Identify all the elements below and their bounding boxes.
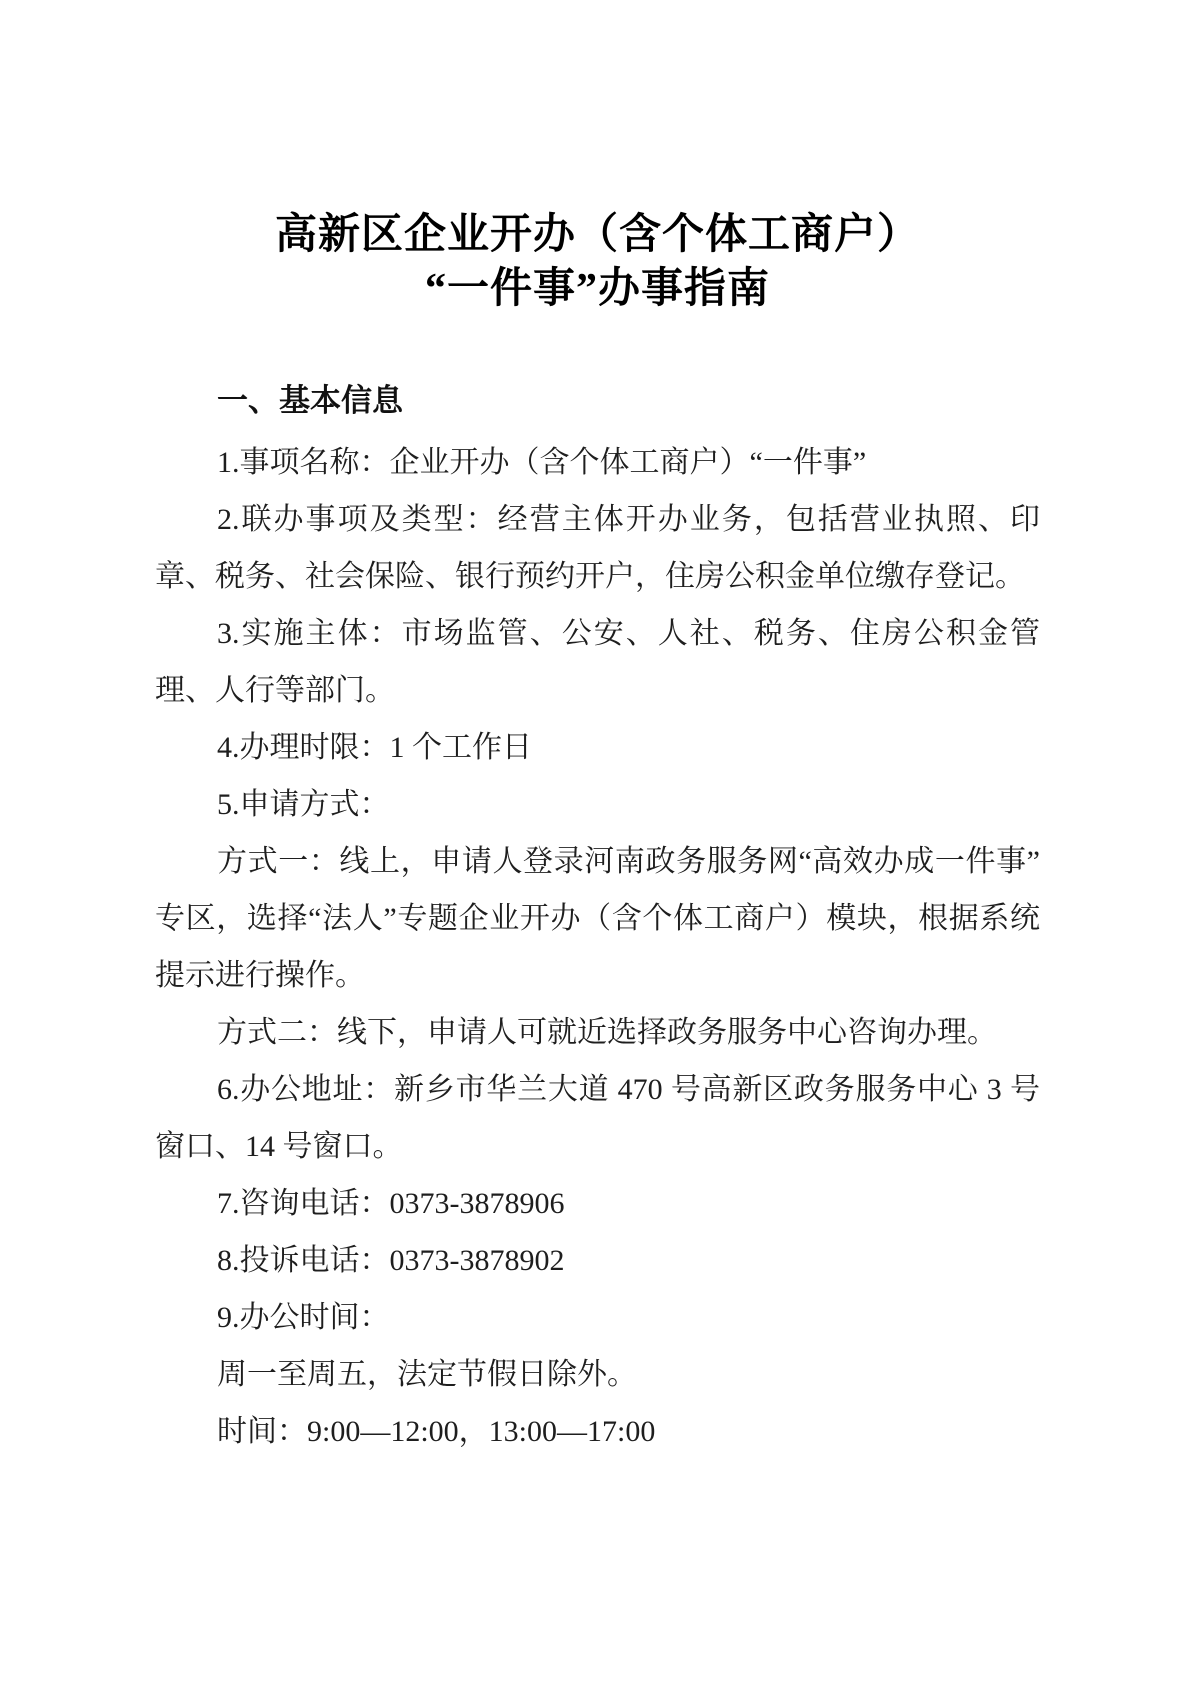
section-heading-basic-info: 一、基本信息 bbox=[155, 380, 1040, 422]
document-body: 1.事项名称：企业开办（含个体工商户）“一件事” 2.联办事项及类型：经营主体开… bbox=[155, 434, 1040, 1460]
document-title-line-2: “一件事”办事指南 bbox=[425, 266, 770, 312]
document-title: 高新区企业开办（含个体工商户） “一件事”办事指南 bbox=[155, 0, 1040, 316]
doc-paragraph-inquiry-phone: 7.咨询电话：0373-3878906 bbox=[155, 1175, 1040, 1232]
doc-paragraph-office-hours: 9.办公时间： bbox=[155, 1289, 1040, 1346]
doc-paragraph-method-offline: 方式二：线下，申请人可就近选择政务服务中心咨询办理。 bbox=[155, 1004, 1040, 1061]
doc-paragraph-implementers: 3.实施主体：市场监管、公安、人社、税务、住房公积金管理、人行等部门。 bbox=[155, 605, 1040, 719]
doc-paragraph-work-times: 时间：9:00—12:00，13:00—17:00 bbox=[155, 1403, 1040, 1460]
doc-paragraph-work-days: 周一至周五，法定节假日除外。 bbox=[155, 1346, 1040, 1403]
document-content: 高新区企业开办（含个体工商户） “一件事”办事指南 一、基本信息 1.事项名称：… bbox=[155, 0, 1040, 1460]
doc-paragraph-method-online: 方式一：线上，申请人登录河南政务服务网“高效办成一件事”专区，选择“法人”专题企… bbox=[155, 833, 1040, 1004]
doc-paragraph-item-name: 1.事项名称：企业开办（含个体工商户）“一件事” bbox=[155, 434, 1040, 491]
doc-paragraph-complaint-phone: 8.投诉电话：0373-3878902 bbox=[155, 1232, 1040, 1289]
doc-paragraph-joint-items: 2.联办事项及类型：经营主体开办业务，包括营业执照、印章、税务、社会保险、银行预… bbox=[155, 491, 1040, 605]
document-page: 高新区企业开办（含个体工商户） “一件事”办事指南 一、基本信息 1.事项名称：… bbox=[0, 0, 1189, 1683]
doc-paragraph-time-limit: 4.办理时限：1 个工作日 bbox=[155, 719, 1040, 776]
doc-paragraph-office-address: 6.办公地址：新乡市华兰大道 470 号高新区政务服务中心 3 号窗口、14 号… bbox=[155, 1061, 1040, 1175]
document-title-line-1: 高新区企业开办（含个体工商户） bbox=[275, 212, 920, 258]
doc-paragraph-apply-methods: 5.申请方式： bbox=[155, 776, 1040, 833]
